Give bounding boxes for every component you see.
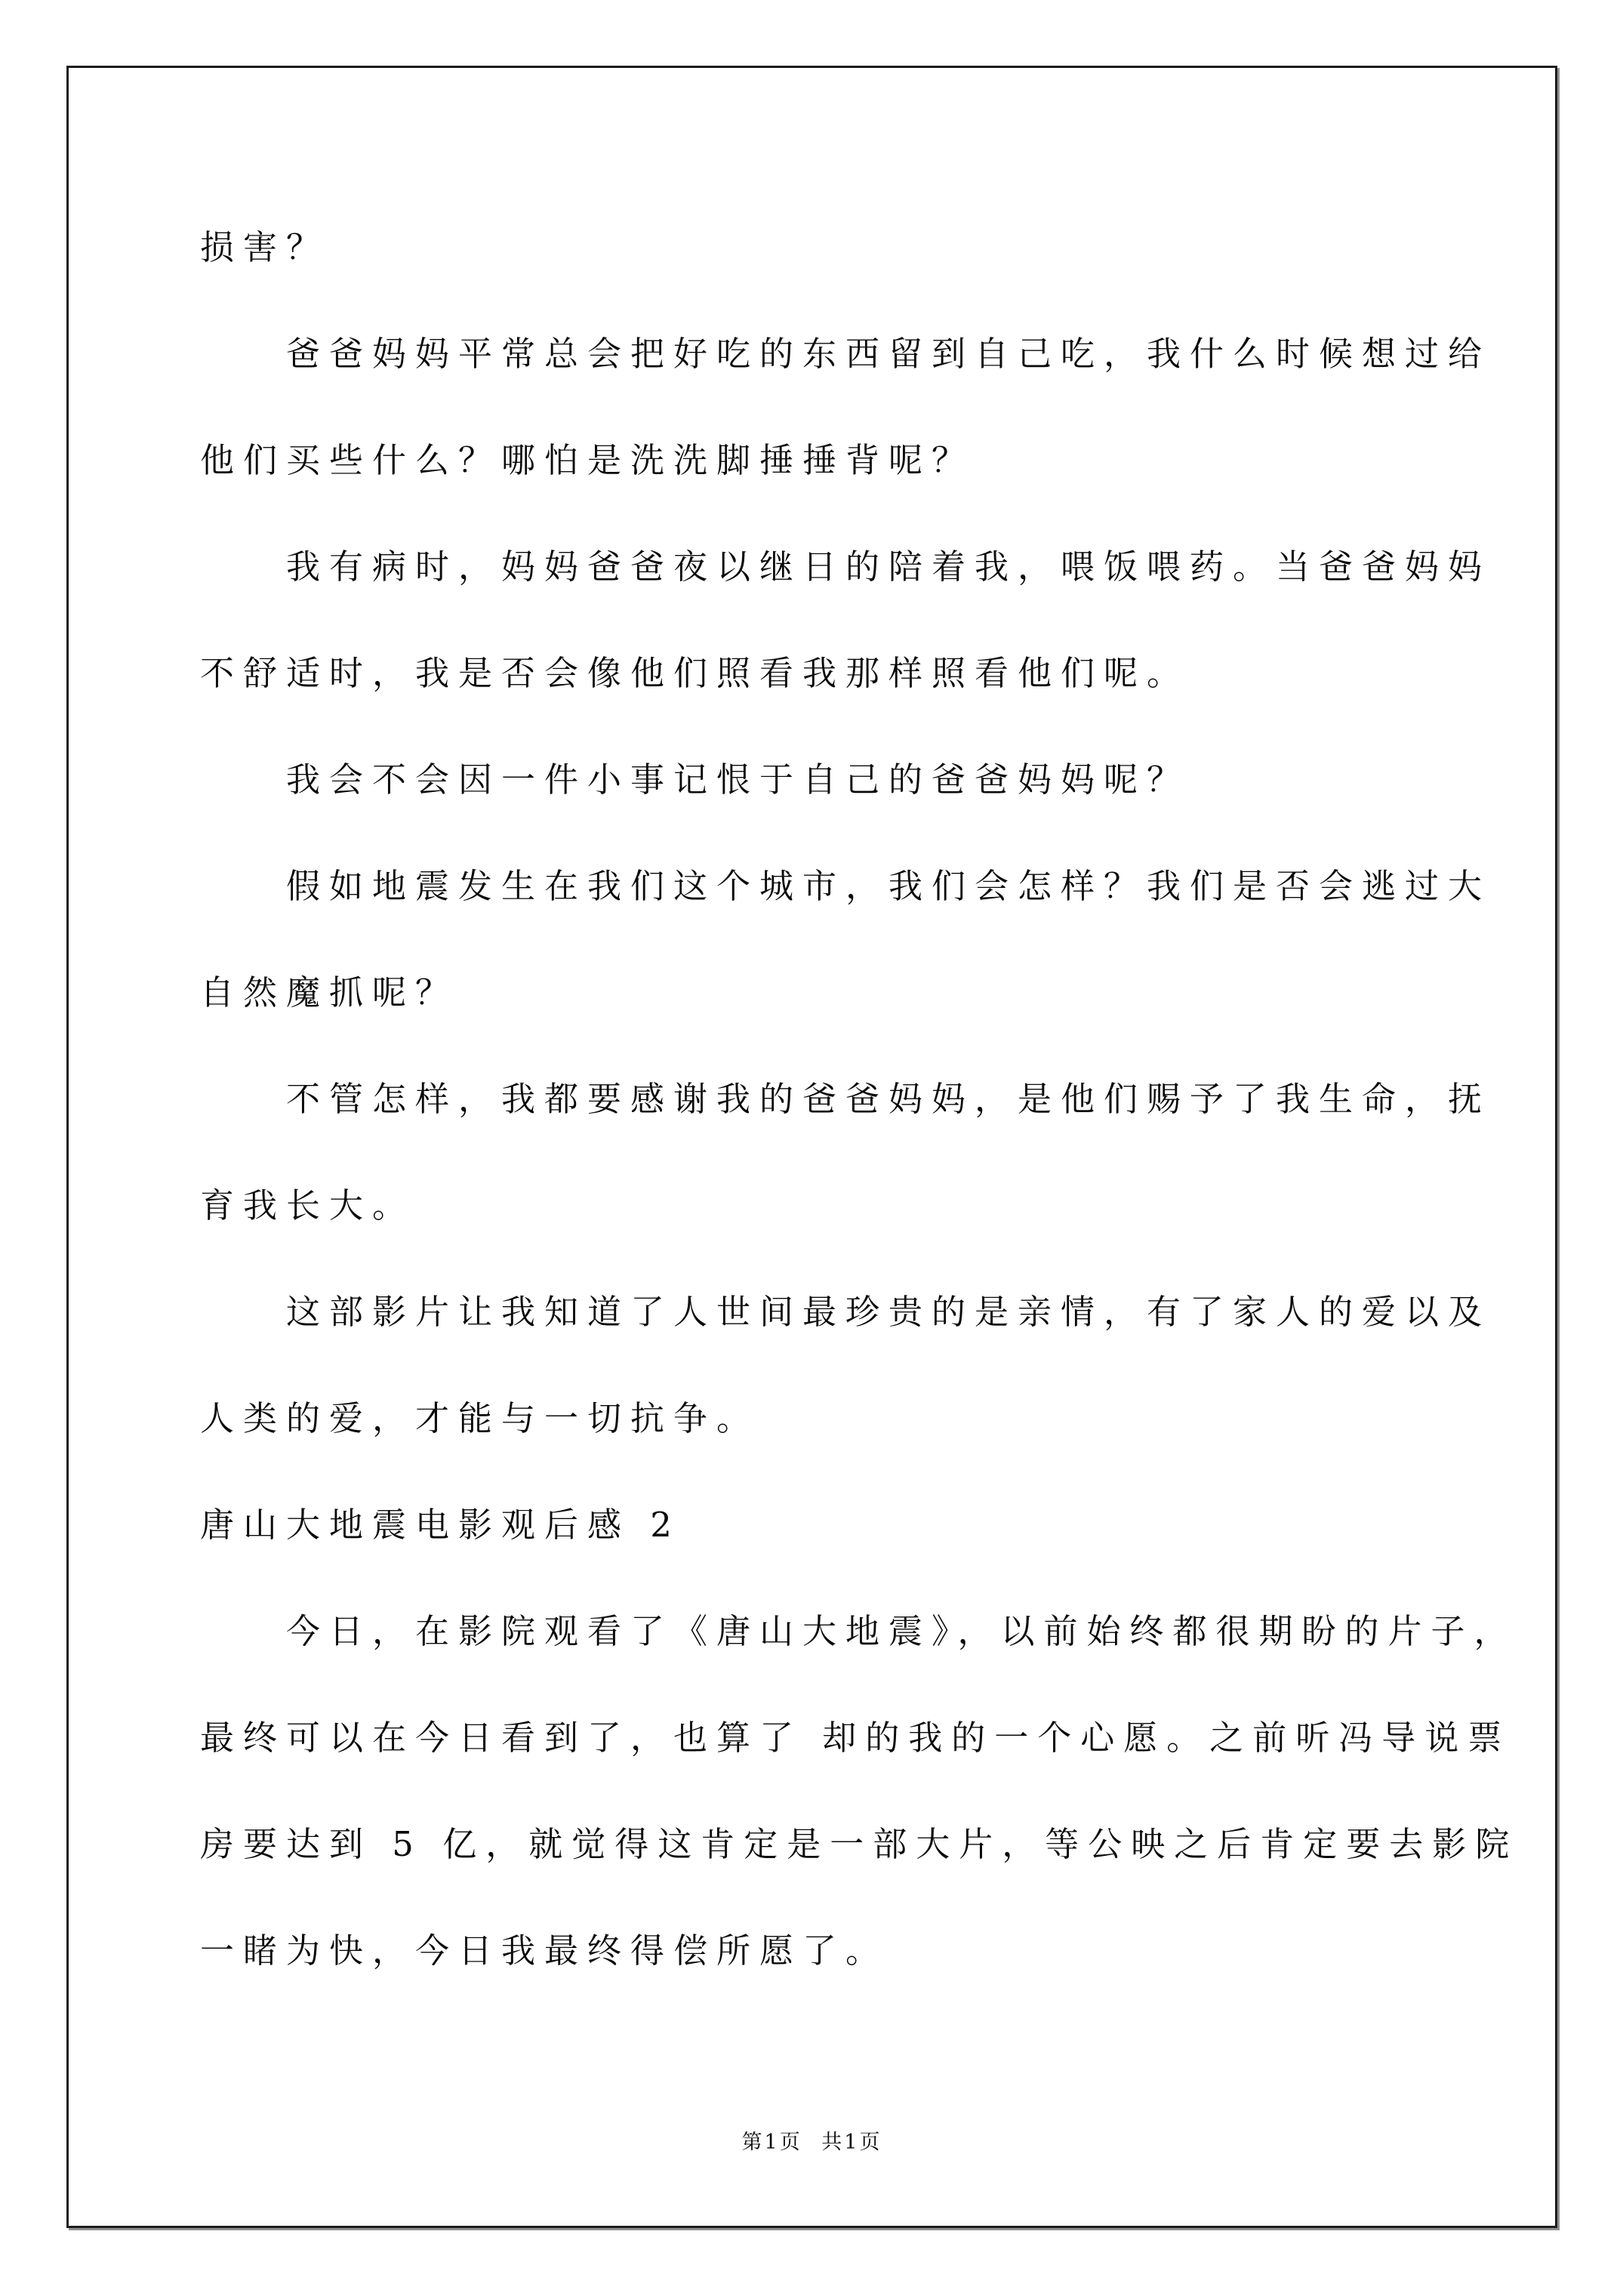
text-line: 自然魔抓呢？ [200, 939, 1502, 1046]
text-line: 他们买些什么？哪怕是洗洗脚捶捶背呢？ [200, 407, 1502, 513]
text-line: 房要达到 5 亿，就觉得这肯定是一部大片，等公映之后肯定要去影院 [200, 1791, 1502, 1897]
text-line: 我有病时，妈妈爸爸夜以继日的陪着我，喂饭喂药。当爸爸妈妈 [200, 513, 1502, 620]
section-title: 唐山大地震电影观后感 2 [200, 1472, 1502, 1578]
text-line: 假如地震发生在我们这个城市，我们会怎样？我们是否会逃过大 [200, 833, 1502, 939]
text-line: 不舒适时，我是否会像他们照看我那样照看他们呢。 [200, 620, 1502, 726]
document-body: 损害？ 爸爸妈妈平常总会把好吃的东西留到自己吃，我什么时候想过给 他们买些什么？… [69, 68, 1555, 2004]
text-line: 今日，在影院观看了《唐山大地震》，以前始终都很期盼的片子， [200, 1578, 1502, 1684]
text-line: 育我长大。 [200, 1152, 1502, 1259]
text-line: 我会不会因一件小事记恨于自己的爸爸妈妈呢？ [200, 726, 1502, 833]
text-line: 最终可以在今日看到了，也算了 却的我的一个心愿。之前听冯导说票 [200, 1684, 1502, 1791]
text-line: 不管怎样，我都要感谢我的爸爸妈妈，是他们赐予了我生命，抚 [200, 1046, 1502, 1152]
page-border: 损害？ 爸爸妈妈平常总会把好吃的东西留到自己吃，我什么时候想过给 他们买些什么？… [66, 66, 1557, 2228]
text-line: 损害？ [200, 194, 1502, 300]
page-footer: 第1页 共1页 [69, 2129, 1555, 2156]
text-line: 这部影片让我知道了人世间最珍贵的是亲情，有了家人的爱以及 [200, 1259, 1502, 1365]
text-line: 爸爸妈妈平常总会把好吃的东西留到自己吃，我什么时候想过给 [200, 300, 1502, 407]
text-line: 一睹为快，今日我最终得偿所愿了。 [200, 1897, 1502, 2004]
text-line: 人类的爱，才能与一切抗争。 [200, 1365, 1502, 1472]
